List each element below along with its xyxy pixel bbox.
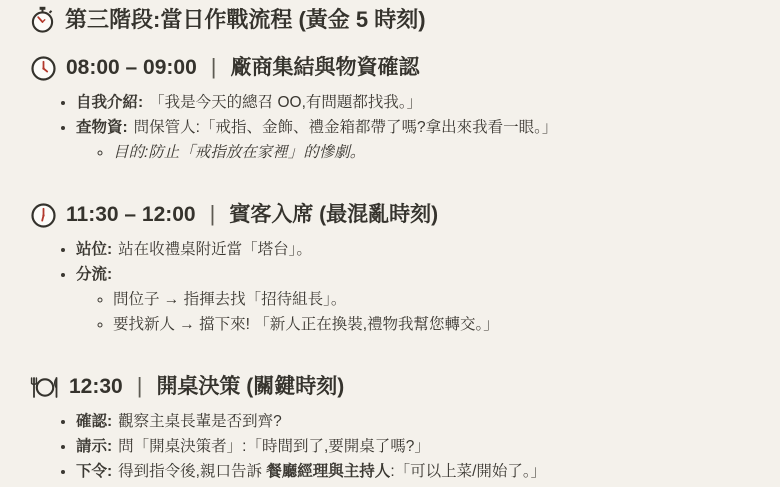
item-text: 觀察主桌長輩是否到齊? (118, 413, 282, 430)
section-morning-assembly: 08:00 – 09:00 | 廠商集結與物資確認 自我介紹:「我是今天的總召 … (30, 54, 752, 165)
list-item: 下令:得到指令後,親口告訴 餐廳經理與主持人:「可以上菜/開始了。」 (76, 459, 752, 484)
section-heading: 08:00 – 09:00 | 廠商集結與物資確認 (30, 54, 752, 82)
list-item: 查物資:問保管人:「戒指、金飾、禮金箱都帶了嗎?拿出來我看一眼。」 目的:防止「… (76, 115, 752, 165)
sub-item-text: 目的:防止「戒指放在家裡」的慘劇。 (113, 144, 365, 161)
sub-list: 問位子 → 指揮去找「招待組長」。 要找新人 → 擋下來! 「新人正在換裝,禮物… (76, 287, 752, 337)
item-text: 問保管人:「戒指、金飾、禮金箱都帶了嗎?拿出來我看一眼。」 (134, 119, 558, 136)
section-heading: 12:30 | 開桌決策 (關鍵時刻) (30, 373, 752, 401)
sub-list: 目的:防止「戒指放在家裡」的慘劇。 (76, 140, 752, 165)
sub-item-text: 問位子 → 指揮去找「招待組長」。 (113, 291, 346, 308)
sub-item: 問位子 → 指揮去找「招待組長」。 (113, 287, 752, 312)
item-text-bold: 餐廳經理與主持人 (266, 463, 390, 480)
bullet-list: 確認:觀察主桌長輩是否到齊? 請示:問「開桌決策者」:「時間到了,要開桌了嗎?」… (30, 409, 752, 484)
heading-time: 08:00 – 09:00 (66, 54, 197, 82)
heading-separator: | (132, 372, 148, 400)
section-heading: 11:30 – 12:00 | 賓客入席 (最混亂時刻) (30, 201, 752, 229)
heading-time: 12:30 (69, 373, 123, 401)
item-text: 問「開桌決策者」:「時間到了,要開桌了嗎?」 (118, 438, 430, 455)
page-title: 第三階段:當日作戰流程 (黃金 5 時刻) (30, 6, 752, 34)
item-label: 查物資: (76, 119, 128, 136)
heading-title: 廠商集結與物資確認 (231, 54, 420, 82)
heading-time: 11:30 – 12:00 (66, 201, 196, 229)
item-label: 確認: (76, 413, 112, 430)
bullet-list: 自我介紹:「我是今天的總召 OO,有問題都找我。」 查物資:問保管人:「戒指、金… (30, 90, 752, 165)
dining-icon (30, 375, 60, 400)
section-guest-seating: 11:30 – 12:00 | 賓客入席 (最混亂時刻) 站位:站在收禮桌附近當… (30, 201, 752, 337)
heading-title: 開桌決策 (關鍵時刻) (156, 373, 344, 401)
item-label: 自我介紹: (76, 94, 143, 111)
item-label: 請示: (76, 438, 112, 455)
item-text: 得到指令後,親口告訴 (118, 463, 266, 480)
stopwatch-icon (30, 6, 55, 34)
bullet-list: 站位:站在收禮桌附近當「塔台」。 分流: 問位子 → 指揮去找「招待組長」。 要… (30, 237, 752, 337)
list-item: 分流: 問位子 → 指揮去找「招待組長」。 要找新人 → 擋下來! 「新人正在換… (76, 262, 752, 337)
sub-item: 目的:防止「戒指放在家裡」的慘劇。 (113, 140, 752, 165)
clock-icon (30, 55, 57, 82)
section-table-opening: 12:30 | 開桌決策 (關鍵時刻) 確認:觀察主桌長輩是否到齊? 請示:問「… (30, 373, 752, 484)
item-text-after: :「可以上菜/開始了。」 (390, 463, 546, 480)
list-item: 確認:觀察主桌長輩是否到齊? (76, 409, 752, 434)
page-title-text: 第三階段:當日作戰流程 (黃金 5 時刻) (65, 6, 426, 34)
sub-item-text: 要找新人 → 擋下來! 「新人正在換裝,禮物我幫您轉交。」 (113, 316, 499, 333)
heading-separator: | (206, 53, 222, 81)
item-label: 站位: (76, 241, 112, 258)
item-text: 「我是今天的總召 OO,有問題都找我。」 (149, 94, 422, 111)
item-label: 下令: (76, 463, 112, 480)
heading-title: 賓客入席 (最混亂時刻) (229, 201, 438, 229)
list-item: 站位:站在收禮桌附近當「塔台」。 (76, 237, 752, 262)
clock-icon (30, 202, 57, 229)
list-item: 請示:問「開桌決策者」:「時間到了,要開桌了嗎?」 (76, 434, 752, 459)
item-text: 站在收禮桌附近當「塔台」。 (118, 241, 312, 258)
sub-item: 要找新人 → 擋下來! 「新人正在換裝,禮物我幫您轉交。」 (113, 312, 752, 337)
heading-separator: | (205, 200, 221, 228)
item-label: 分流: (76, 266, 112, 283)
list-item: 自我介紹:「我是今天的總召 OO,有問題都找我。」 (76, 90, 752, 115)
document-page: 第三階段:當日作戰流程 (黃金 5 時刻) 08:00 – 09:00 | 廠商… (0, 0, 780, 487)
